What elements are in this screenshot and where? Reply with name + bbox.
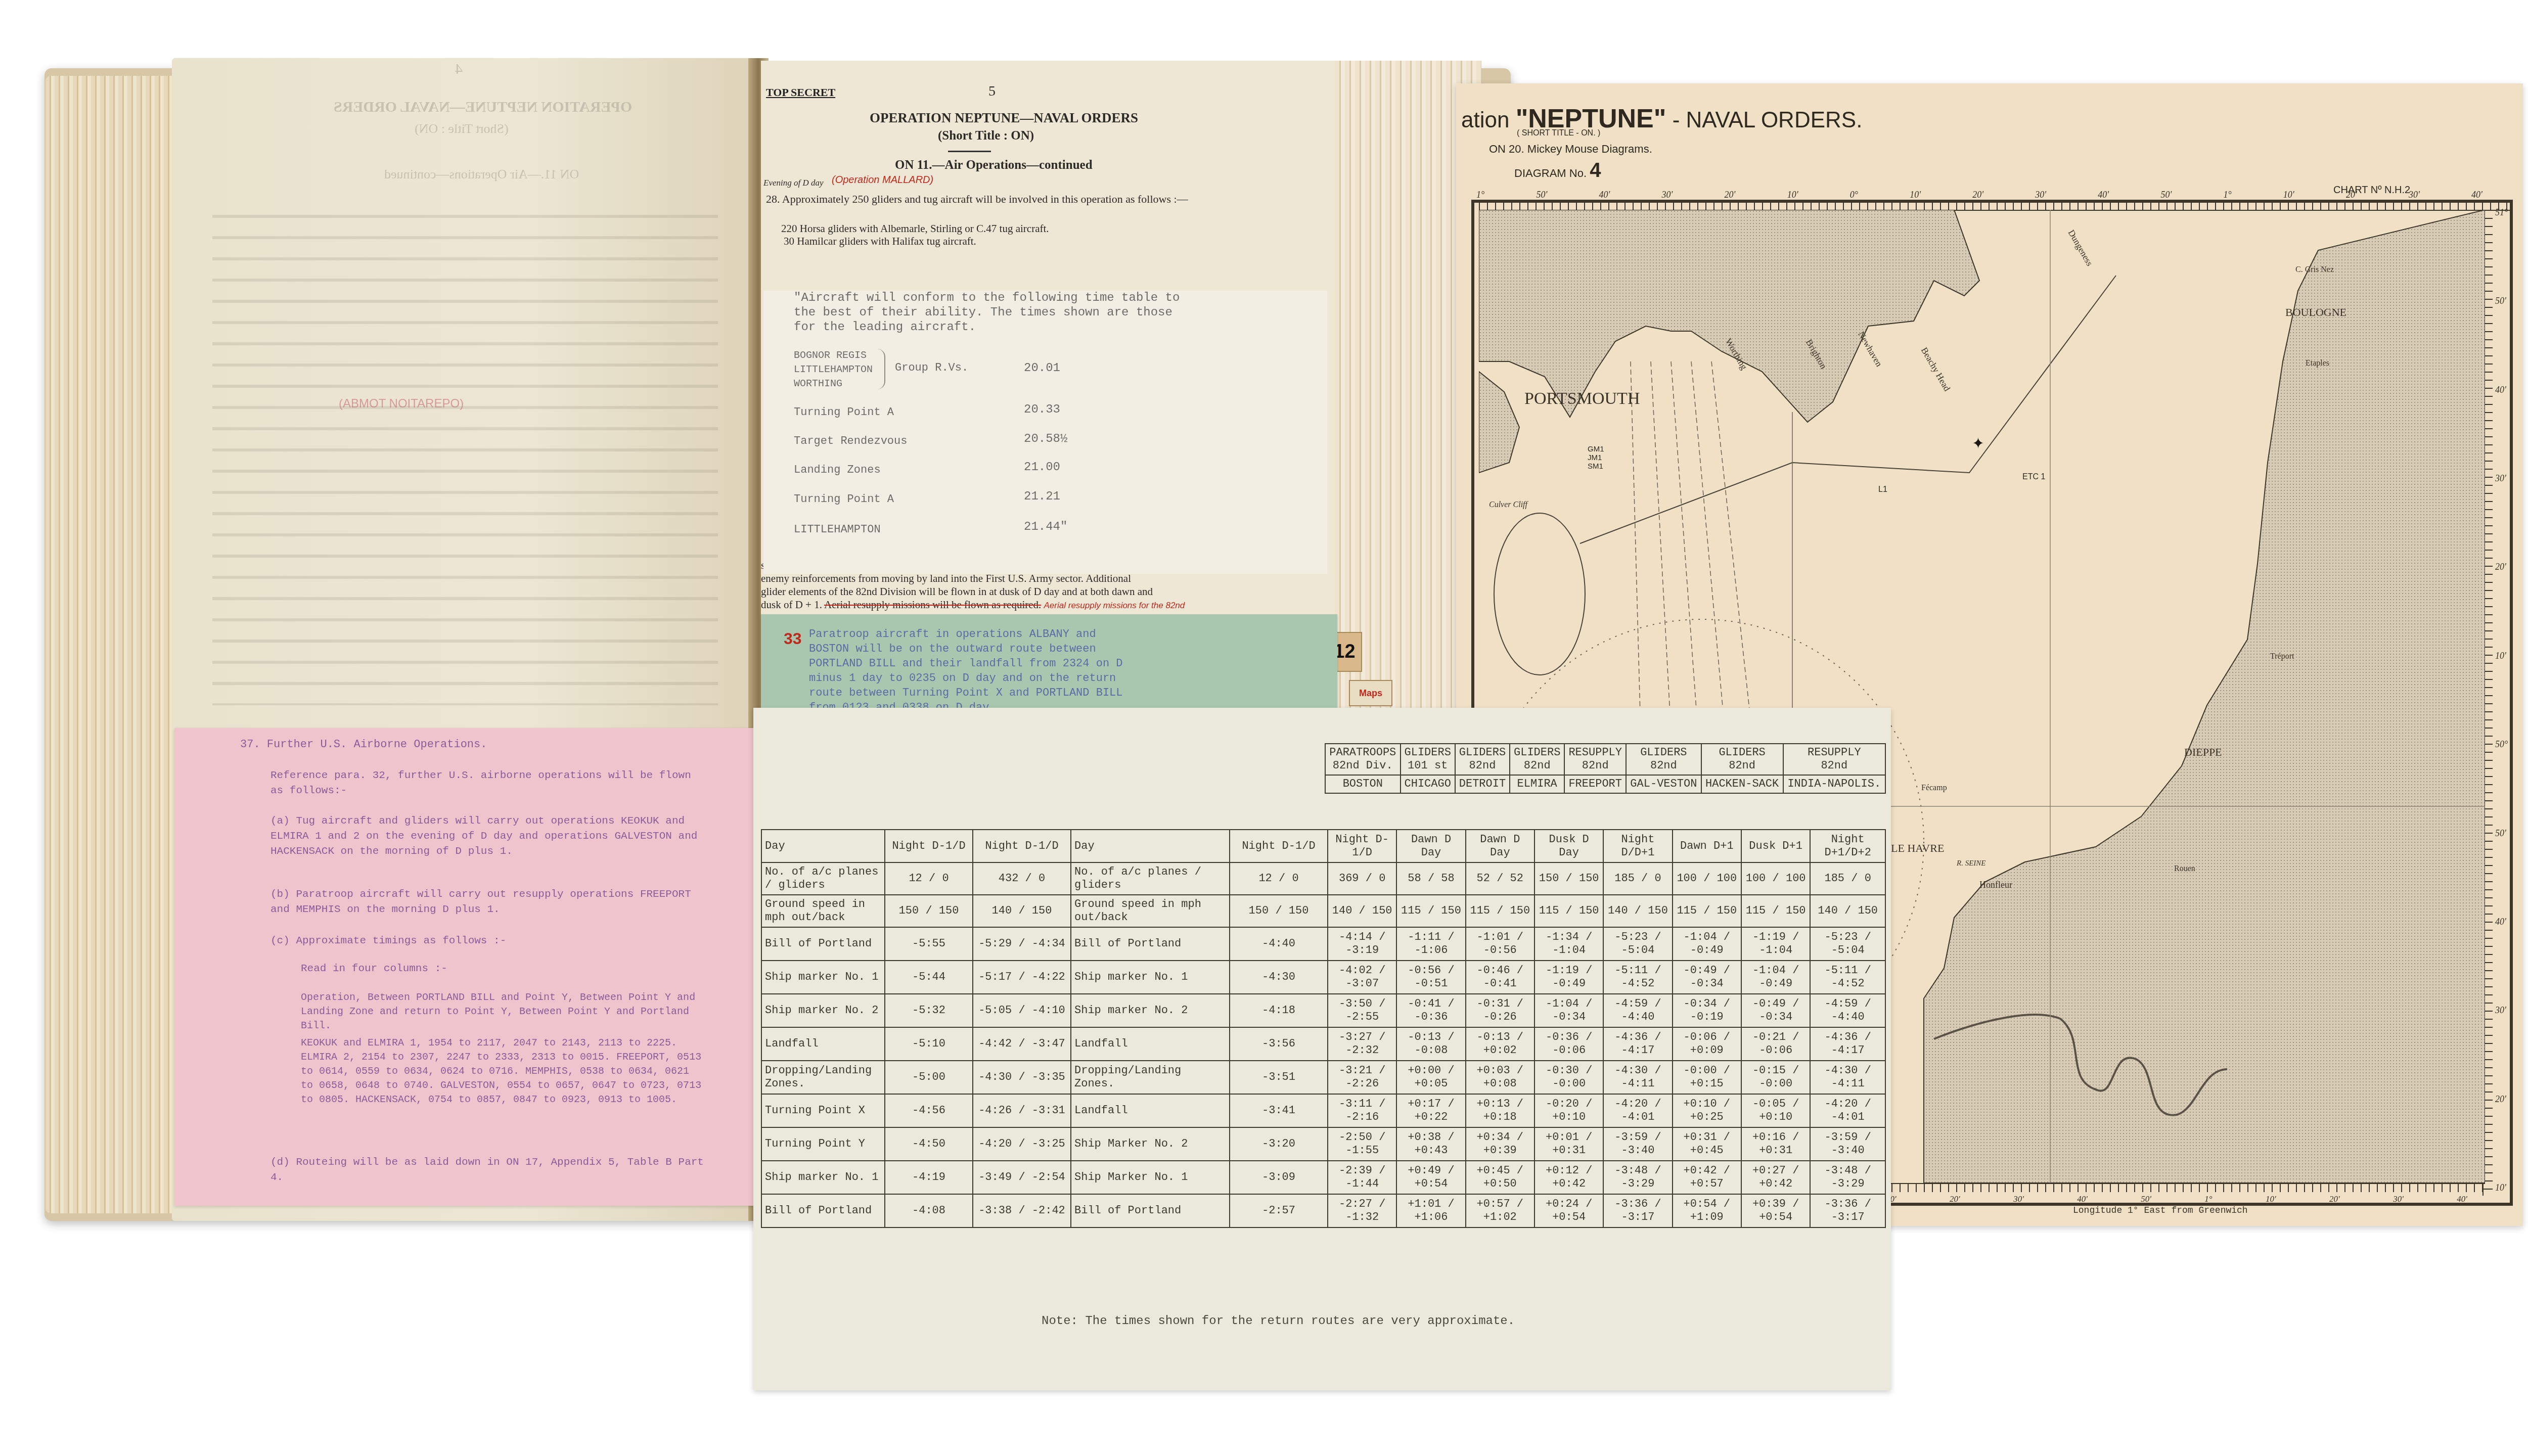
cell: 432 / 0: [973, 862, 1071, 895]
row-label: Bill of Portland: [1071, 1194, 1230, 1227]
map-title-prefix: ation: [1461, 108, 1509, 132]
unit-line2: 82nd: [1705, 759, 1780, 772]
scale-label: 20': [2346, 190, 2357, 200]
row-label: Bill of Portland: [761, 927, 885, 961]
cell: +0:13 / +0:18: [1466, 1094, 1534, 1127]
cell: -5:32: [885, 994, 973, 1027]
cell: -3:27 / -2:32: [1328, 1027, 1396, 1061]
scale-label: 50': [2160, 190, 2172, 200]
cell: 58 / 58: [1396, 862, 1465, 895]
cell: 140 / 150: [1328, 895, 1396, 927]
page-tab-maps[interactable]: Maps: [1349, 680, 1392, 706]
table-note: Note: The times shown for the return rou…: [1042, 1314, 1515, 1328]
scale-label: 40': [1599, 190, 1610, 200]
place-turning-point-a: Turning Point A: [794, 406, 894, 419]
section-heading: ON 11.—Air Operations—continued: [895, 158, 1093, 172]
cell: -5:55: [885, 927, 973, 961]
cell: 185 / 0: [1603, 862, 1672, 895]
list-item-horsa: 220 Horsa gliders with Albemarle, Stirli…: [781, 222, 1049, 235]
cell: -2:27 / -1:32: [1328, 1194, 1396, 1227]
margin-note: Evening of D day: [763, 178, 824, 188]
table-row: Ground speed in mph out/back150 / 150140…: [761, 895, 1885, 927]
slip-intro-line-3: for the leading aircraft.: [794, 320, 1180, 335]
lat-label: 10': [2495, 1182, 2508, 1193]
row-label: Ship Marker No. 1: [1071, 1161, 1230, 1194]
cell: -0:49 / -0:34: [1673, 961, 1741, 994]
header-when: Night D-1/D: [1328, 830, 1396, 862]
ghost-text-lines: [212, 200, 718, 705]
cell: -5:11 / -4:52: [1810, 961, 1885, 994]
header-day: Day: [761, 830, 885, 862]
row-label: Ship marker No. 2: [1071, 994, 1230, 1027]
scale-label: 40': [2457, 1194, 2467, 1204]
cell: -1:11 / -1:06: [1396, 927, 1465, 961]
unit-line2: 82nd: [1568, 759, 1622, 772]
cell: +0:17 / +0:22: [1396, 1094, 1465, 1127]
page-number: 5: [988, 83, 996, 100]
lat-label: 50': [2495, 828, 2508, 839]
unit-line1: GLIDERS: [1513, 746, 1561, 759]
marker-label: JM1: [1588, 453, 1604, 462]
lower-line-4-prefix: dusk of D + 1.: [761, 599, 822, 611]
document-subtitle: (Short Title : ON): [938, 129, 1034, 143]
cell: 150 / 150: [1230, 895, 1328, 927]
row-label: No. of a/c planes / gliders: [761, 862, 885, 895]
cell: -4:50: [885, 1127, 973, 1161]
row-label: Bill of Portland: [761, 1194, 885, 1227]
cell: -5:17 / -4:22: [973, 961, 1071, 994]
place-worthing: WORTHING: [794, 377, 873, 391]
unit-line2: 82nd: [1787, 759, 1882, 772]
cell: -4:40: [1230, 927, 1328, 961]
longitude-scale-top: [1479, 200, 2510, 211]
lat-label: 40': [2495, 385, 2508, 395]
bottom-scale-labels: 10'20'30'40'50'1°10'20'30'40': [1886, 1194, 2467, 1204]
row-label: Ground speed in mph out/back: [1071, 895, 1230, 927]
op-col-detroit-unit: GLIDERS82nd: [1455, 744, 1510, 775]
table-row: Ship marker No. 1-5:44-5:17 / -4:22Ship …: [761, 961, 1885, 994]
row-label: Ship marker No. 2: [761, 994, 885, 1027]
lat-label: 30': [2495, 1005, 2508, 1016]
op-col-hackensack-unit: GLIDERS82nd: [1701, 744, 1783, 775]
op-name: FREEPORT: [1564, 775, 1626, 793]
cell: -3:38 / -2:42: [973, 1194, 1071, 1227]
lat-label: 30': [2495, 473, 2508, 484]
ghost-subtitle: (Short Title : ON): [415, 121, 509, 136]
cell: -0:13 / -0:08: [1396, 1027, 1465, 1061]
cell: +0:16 / +0:31: [1741, 1127, 1810, 1161]
table-row: Turning Point X-4:56-4:26 / -3:31Landfal…: [761, 1094, 1885, 1127]
red-annotation: (Operation MALLARD): [832, 174, 933, 186]
marker-l1: L1: [1878, 485, 1887, 494]
group-label: Group R.Vs.: [895, 361, 968, 374]
scale-label: 1°: [1476, 190, 1484, 200]
place-littlehampton: LITTLEHAMPTON: [794, 363, 873, 377]
op-name: GAL-VESTON: [1626, 775, 1701, 793]
cell: 150 / 150: [1534, 862, 1603, 895]
header-when: Dusk D Day: [1534, 830, 1603, 862]
cell: -2:50 / -1:55: [1328, 1127, 1396, 1161]
ghost-page-number: 4: [455, 61, 463, 78]
unit-line1: GLIDERS: [1630, 746, 1698, 759]
cell: 150 / 150: [885, 895, 973, 927]
list-item-hamilcar: 30 Hamilcar gliders with Halifax tug air…: [784, 235, 976, 248]
marker-etc1: ETC 1: [2022, 473, 2045, 482]
header-when: Dusk D+1: [1741, 830, 1810, 862]
row-label: Dropping/Landing Zones.: [761, 1061, 885, 1094]
top-scale-labels: 1°50'40'30'20'10'0°10'20'30'40'50'1°10'2…: [1476, 190, 2482, 200]
scale-label: 40': [2077, 1194, 2088, 1204]
compass-rose-icon: ✦: [1972, 435, 1984, 452]
cell: +0:12 / +0:42: [1534, 1161, 1603, 1194]
scale-label: 20': [1725, 190, 1736, 200]
cell: +0:34 / +0:39: [1466, 1127, 1534, 1161]
cell: 140 / 150: [1810, 895, 1885, 927]
op-name: INDIA-NAPOLIS.: [1783, 775, 1885, 793]
pink-heading: 37. Further U.S. Airborne Operations.: [240, 738, 487, 751]
cell: -4:20 / -4:01: [1603, 1094, 1672, 1127]
cell: -3:48 / -3:29: [1603, 1161, 1672, 1194]
cell: +0:03 / +0:08: [1466, 1061, 1534, 1094]
label-fecamp: Fécamp: [1921, 784, 1947, 793]
cell: +0:38 / +0:43: [1396, 1127, 1465, 1161]
cell: -5:11 / -4:52: [1603, 961, 1672, 994]
lat-label: 40': [2495, 917, 2508, 927]
cell: -1:04 / -0:34: [1534, 994, 1603, 1027]
lat-label: 20': [2495, 562, 2508, 572]
unit-line2: 82nd: [1630, 759, 1698, 772]
ops-header-row-op: BOSTON CHICAGO DETROIT ELMIRA FREEPORT G…: [1325, 775, 1885, 793]
row-label: Turning Point Y: [761, 1127, 885, 1161]
red-correction-1: Aerial resupply missions for the 82nd: [1044, 601, 1185, 610]
cell: -3:51: [1230, 1061, 1328, 1094]
row-label: Ship marker No. 1: [761, 961, 885, 994]
cell: -0:56 / -0:51: [1396, 961, 1465, 994]
cell: -5:05 / -4:10: [973, 994, 1071, 1027]
cell: -4:36 / -4:17: [1603, 1027, 1672, 1061]
cell: -3:36 / -3:17: [1810, 1194, 1885, 1227]
cell: +0:54 / +1:09: [1673, 1194, 1741, 1227]
header-when: Dawn D Day: [1396, 830, 1465, 862]
lower-line-3: glider elements of the 82nd Division wil…: [761, 585, 1337, 598]
cell: 185 / 0: [1810, 862, 1885, 895]
cell: -4:42 / -3:47: [973, 1027, 1071, 1061]
unit-line2: 101 st: [1404, 759, 1452, 772]
scale-label: 30': [2035, 190, 2046, 200]
cell: -4:19: [885, 1161, 973, 1194]
op-col-indianapolis-unit: RESUPPLY82nd: [1783, 744, 1885, 775]
lat-label: 50°: [2495, 739, 2508, 750]
pink-columns-desc: Operation, Between PORTLAND BILL and Poi…: [301, 991, 705, 1033]
unit-line1: GLIDERS: [1459, 746, 1506, 759]
map-title-suffix: - NAVAL ORDERS.: [1673, 108, 1863, 132]
marker-gm1: GM1JM1SM1: [1588, 445, 1604, 471]
time-landing-zones: 21.00: [1024, 461, 1060, 474]
cell: -3:48 / -3:29: [1810, 1161, 1885, 1194]
green-para-1: Paratroop aircraft in operations ALBANY …: [809, 627, 1133, 715]
cell: +0:49 / +0:54: [1396, 1161, 1465, 1194]
cell: -4:20 / -3:25: [973, 1127, 1071, 1161]
cell: 140 / 150: [973, 895, 1071, 927]
pink-read-note: Read in four columns :-: [301, 963, 705, 975]
cell: +0:01 / +0:31: [1534, 1127, 1603, 1161]
cell: -1:01 / -0:56: [1466, 927, 1534, 961]
table-row: Ship marker No. 1-4:19-3:49 / -2:54Ship …: [761, 1161, 1885, 1194]
struck-sentence: Aerial resupply missions will be flown a…: [824, 599, 1041, 611]
label-etaples: Etaples: [2306, 359, 2329, 368]
cell: -0:49 / -0:34: [1741, 994, 1810, 1027]
table-row: Landfall-5:10-4:42 / -3:47Landfall-3:56-…: [761, 1027, 1885, 1061]
op-name: HACKEN-SACK: [1701, 775, 1783, 793]
label-boulogne: BOULOGNE: [2285, 306, 2346, 319]
paragraph-28: 28. Approximately 250 gliders and tug ai…: [766, 191, 1302, 207]
ops-header-row-unit: PARATROOPS82nd Div. GLIDERS101 st GLIDER…: [1325, 744, 1885, 775]
place-littlehampton-return: LITTLEHAMPTON: [794, 523, 881, 536]
ops-header-table: PARATROOPS82nd Div. GLIDERS101 st GLIDER…: [1325, 743, 1886, 794]
cell: -5:44: [885, 961, 973, 994]
slip-intro-line-2: the best of their ability. The times sho…: [794, 305, 1180, 320]
scale-label: 1°: [2223, 190, 2231, 200]
slip-intro-line-1: "Aircraft will conform to the following …: [794, 291, 1180, 305]
op-col-chicago-unit: GLIDERS101 st: [1401, 744, 1455, 775]
cell: 12 / 0: [885, 862, 973, 895]
header-night-1: Night D-1/D: [885, 830, 973, 862]
cell: -2:39 / -1:44: [1328, 1161, 1396, 1194]
label-tréport: Tréport: [2270, 652, 2294, 661]
table-row: No. of a/c planes / gliders12 / 0432 / 0…: [761, 862, 1885, 895]
scale-label: 30': [2393, 1194, 2404, 1204]
lat-label: 50': [2495, 296, 2508, 306]
cell: -5:00: [885, 1061, 973, 1094]
row-label: Ship marker No. 1: [1071, 961, 1230, 994]
row-label: Bill of Portland: [1071, 927, 1230, 961]
cell: -4:18: [1230, 994, 1328, 1027]
cell: 115 / 150: [1534, 895, 1603, 927]
scale-label: 10': [2266, 1194, 2276, 1204]
table-row: Bill of Portland-5:55-5:29 / -4:34Bill o…: [761, 927, 1885, 961]
row-label: No. of a/c planes / gliders: [1071, 862, 1230, 895]
cell: -3:09: [1230, 1161, 1328, 1194]
scale-label: 20': [1950, 1194, 1960, 1204]
cell: -0:00 / +0:15: [1673, 1061, 1741, 1094]
row-label: Turning Point X: [761, 1094, 885, 1127]
cell: -4:20 / -4:01: [1810, 1094, 1885, 1127]
row-label: Dropping/Landing Zones.: [1071, 1061, 1230, 1094]
unit-line1: GLIDERS: [1705, 746, 1780, 759]
table-row: Dropping/Landing Zones.-5:00-4:30 / -3:3…: [761, 1061, 1885, 1094]
title-rule: [948, 151, 991, 152]
cell: -2:57: [1230, 1194, 1328, 1227]
ghost-section: ON 11.—Air Operations—continued: [384, 167, 579, 182]
cell: +0:42 / +0:57: [1673, 1161, 1741, 1194]
cell: -5:29 / -4:34: [973, 927, 1071, 961]
cell: -4:30 / -4:11: [1810, 1061, 1885, 1094]
cell: -5:23 / -5:04: [1603, 927, 1672, 961]
pink-item-b: (b) Paratroop aircraft will carry out re…: [270, 887, 705, 918]
cell: 115 / 150: [1396, 895, 1465, 927]
header-when: Night D+1/D+2: [1810, 830, 1885, 862]
map-short-title: ( SHORT TITLE - ON. ): [1517, 129, 1600, 138]
scale-label: 50': [1536, 190, 1547, 200]
cell: +0:00 / +0:05: [1396, 1061, 1465, 1094]
unit-line1: RESUPPLY: [1568, 746, 1622, 759]
table-header-row: Day Night D-1/D Night D-1/D Day Night D-…: [761, 830, 1885, 862]
cell: -4:56: [885, 1094, 973, 1127]
cell: +0:24 / +0:54: [1534, 1194, 1603, 1227]
scale-label: 30': [1662, 190, 1673, 200]
pink-reference: Reference para. 32, further U.S. airborn…: [270, 768, 705, 799]
marker-label: GM1: [1588, 445, 1604, 453]
scale-label: 20': [1972, 190, 1983, 200]
cell: -0:06 / +0:09: [1673, 1027, 1741, 1061]
place-landing-zones: Landing Zones: [794, 464, 881, 476]
cell: -3:50 / -2:55: [1328, 994, 1396, 1027]
cell: -0:05 / +0:10: [1741, 1094, 1810, 1127]
cell: 100 / 100: [1741, 862, 1810, 895]
op-col-freeport-unit: RESUPPLY82nd: [1564, 744, 1626, 775]
cell: -4:36 / -4:17: [1810, 1027, 1885, 1061]
cell: 52 / 52: [1466, 862, 1534, 895]
cell: -0:34 / -0:19: [1673, 994, 1741, 1027]
place-target-rendezvous: Target Rendezvous: [794, 435, 907, 447]
cell: -1:34 / -1:04: [1534, 927, 1603, 961]
row-label: Landfall: [1071, 1094, 1230, 1127]
label-portsmouth: PORTSMOUTH: [1524, 389, 1640, 408]
row-label: Ship marker No. 1: [761, 1161, 885, 1194]
cell: -3:56: [1230, 1027, 1328, 1061]
label-le-havre: LE HAVRE: [1891, 842, 1944, 855]
cell: -3:59 / -3:40: [1810, 1127, 1885, 1161]
cell: -3:11 / -2:16: [1328, 1094, 1396, 1127]
scale-label: 10': [1910, 190, 1921, 200]
op-name: DETROIT: [1455, 775, 1510, 793]
lat-label: 20': [2495, 1094, 2508, 1105]
cell: -4:30 / -3:35: [973, 1061, 1071, 1094]
scale-label: 30': [2013, 1194, 2024, 1204]
cell: 12 / 0: [1230, 862, 1328, 895]
header-when: Night D/D+1: [1603, 830, 1672, 862]
cell: +0:31 / +0:45: [1673, 1127, 1741, 1161]
cell: -3:59 / -3:40: [1603, 1127, 1672, 1161]
cell: -1:04 / -0:49: [1741, 961, 1810, 994]
unit-line1: PARATROOPS: [1329, 746, 1397, 759]
cell: -3:49 / -2:54: [973, 1161, 1071, 1194]
lat-label: 51°: [2495, 207, 2508, 218]
cell: -4:30: [1230, 961, 1328, 994]
cell: -4:59 / -4:40: [1603, 994, 1672, 1027]
place-bognor: BOGNOR REGIS: [794, 349, 873, 363]
scale-label: 50': [2141, 1194, 2151, 1204]
cell: -0:30 / -0:00: [1534, 1061, 1603, 1094]
para-number-33: 33: [784, 629, 802, 648]
cell: +0:10 / +0:25: [1673, 1094, 1741, 1127]
cell: -3:20: [1230, 1127, 1328, 1161]
cell: -1:19 / -0:49: [1534, 961, 1603, 994]
ghost-title: OPERATION NEPTUNE—NAVAL ORDERS: [334, 99, 632, 116]
group-brace: [877, 349, 885, 389]
header-when: Dawn D Day: [1466, 830, 1534, 862]
slip-intro: "Aircraft will conform to the following …: [794, 291, 1180, 335]
map-diagram-label: DIAGRAM No. 4: [1514, 159, 1601, 182]
pink-item-a: (a) Tug aircraft and gliders will carry …: [270, 814, 705, 859]
label-r-seine: R. SEINE: [1957, 859, 1986, 868]
cell: -1:19 / -1:04: [1741, 927, 1810, 961]
cell: -4:02 / -3:07: [1328, 961, 1396, 994]
scale-label: 20': [2329, 1194, 2340, 1204]
time-turning-point-a: 20.33: [1024, 403, 1060, 417]
cell: 115 / 150: [1673, 895, 1741, 927]
time-group-rv: 20.01: [1024, 361, 1060, 375]
unit-line2: 82nd: [1459, 759, 1506, 772]
cell: -4:59 / -4:40: [1810, 994, 1885, 1027]
op-col-galveston-unit: GLIDERS82nd: [1626, 744, 1701, 775]
header-night-2: Night D-1/D: [973, 830, 1071, 862]
cell: +0:39 / +0:54: [1741, 1194, 1810, 1227]
cell: -3:41: [1230, 1094, 1328, 1127]
row-label: Ground speed in mph out/back: [761, 895, 885, 927]
header-night-3: Night D-1/D: [1230, 830, 1328, 862]
table-row: Bill of Portland-4:08-3:38 / -2:42Bill o…: [761, 1194, 1885, 1227]
pink-item-d: (d) Routeing will be as laid down in ON …: [270, 1155, 705, 1186]
row-label: Ship Marker No. 2: [1071, 1127, 1230, 1161]
cell: -5:23 / -5:04: [1810, 927, 1885, 961]
binder-page-edges: [46, 76, 182, 1213]
unit-line2: 82nd: [1513, 759, 1561, 772]
time-table-slip: "Aircraft will conform to the following …: [763, 291, 1327, 574]
time-littlehampton-return: 21.44": [1024, 520, 1067, 534]
cell: -4:08: [885, 1194, 973, 1227]
unit-line1: RESUPPLY: [1787, 746, 1882, 759]
cell: 140 / 150: [1603, 895, 1672, 927]
unit-line2: 82nd Div.: [1329, 759, 1397, 772]
header-day-2: Day: [1071, 830, 1230, 862]
table-row: Turning Point Y-4:50-4:20 / -3:25Ship Ma…: [761, 1127, 1885, 1161]
scale-label: 10': [2283, 190, 2294, 200]
cell: +0:57 / +1:02: [1466, 1194, 1534, 1227]
place-turning-point-a-return: Turning Point A: [794, 493, 894, 506]
time-turning-point-a-return: 21.21: [1024, 490, 1060, 504]
label-honfleur: Honfleur: [1979, 880, 2012, 890]
document-title: OPERATION NEPTUNE—NAVAL ORDERS: [870, 110, 1138, 126]
classification-stamp: TOP SECRET: [766, 86, 835, 99]
cell: -5:10: [885, 1027, 973, 1061]
cell: -4:30 / -4:11: [1603, 1061, 1672, 1094]
marker-label: SM1: [1588, 462, 1604, 471]
label-rouen: Rouen: [2174, 864, 2195, 874]
cell: +0:45 / +0:50: [1466, 1161, 1534, 1194]
scale-label: 10': [1787, 190, 1798, 200]
unit-line1: GLIDERS: [1404, 746, 1452, 759]
op-name: CHICAGO: [1401, 775, 1455, 793]
cell: +0:27 / +0:42: [1741, 1161, 1810, 1194]
cell: 115 / 150: [1741, 895, 1810, 927]
header-when: Dawn D+1: [1673, 830, 1741, 862]
cell: -4:26 / -3:31: [973, 1094, 1071, 1127]
cell: +1:01 / +1:06: [1396, 1194, 1465, 1227]
cell: -0:15 / -0:00: [1741, 1061, 1810, 1094]
diagram-label: DIAGRAM No.: [1514, 167, 1587, 179]
cell: -3:36 / -3:17: [1603, 1194, 1672, 1227]
latitude-labels: 51°50'40'30'20'10'50°50'40'30'20'10': [2495, 207, 2508, 1193]
bottom-caption: Longitude 1° East from Greenwich: [2073, 1206, 2248, 1216]
op-col-elmira-unit: GLIDERS82nd: [1510, 744, 1564, 775]
group-places: BOGNOR REGIS LITTLEHAMPTON WORTHING: [794, 349, 873, 391]
label-culver-cliff: Culver Cliff: [1489, 500, 1527, 510]
op-name: BOSTON: [1325, 775, 1401, 793]
op-name: ELMIRA: [1510, 775, 1564, 793]
diagram-number: 4: [1590, 159, 1601, 181]
cell: -1:04 / -0:49: [1673, 927, 1741, 961]
